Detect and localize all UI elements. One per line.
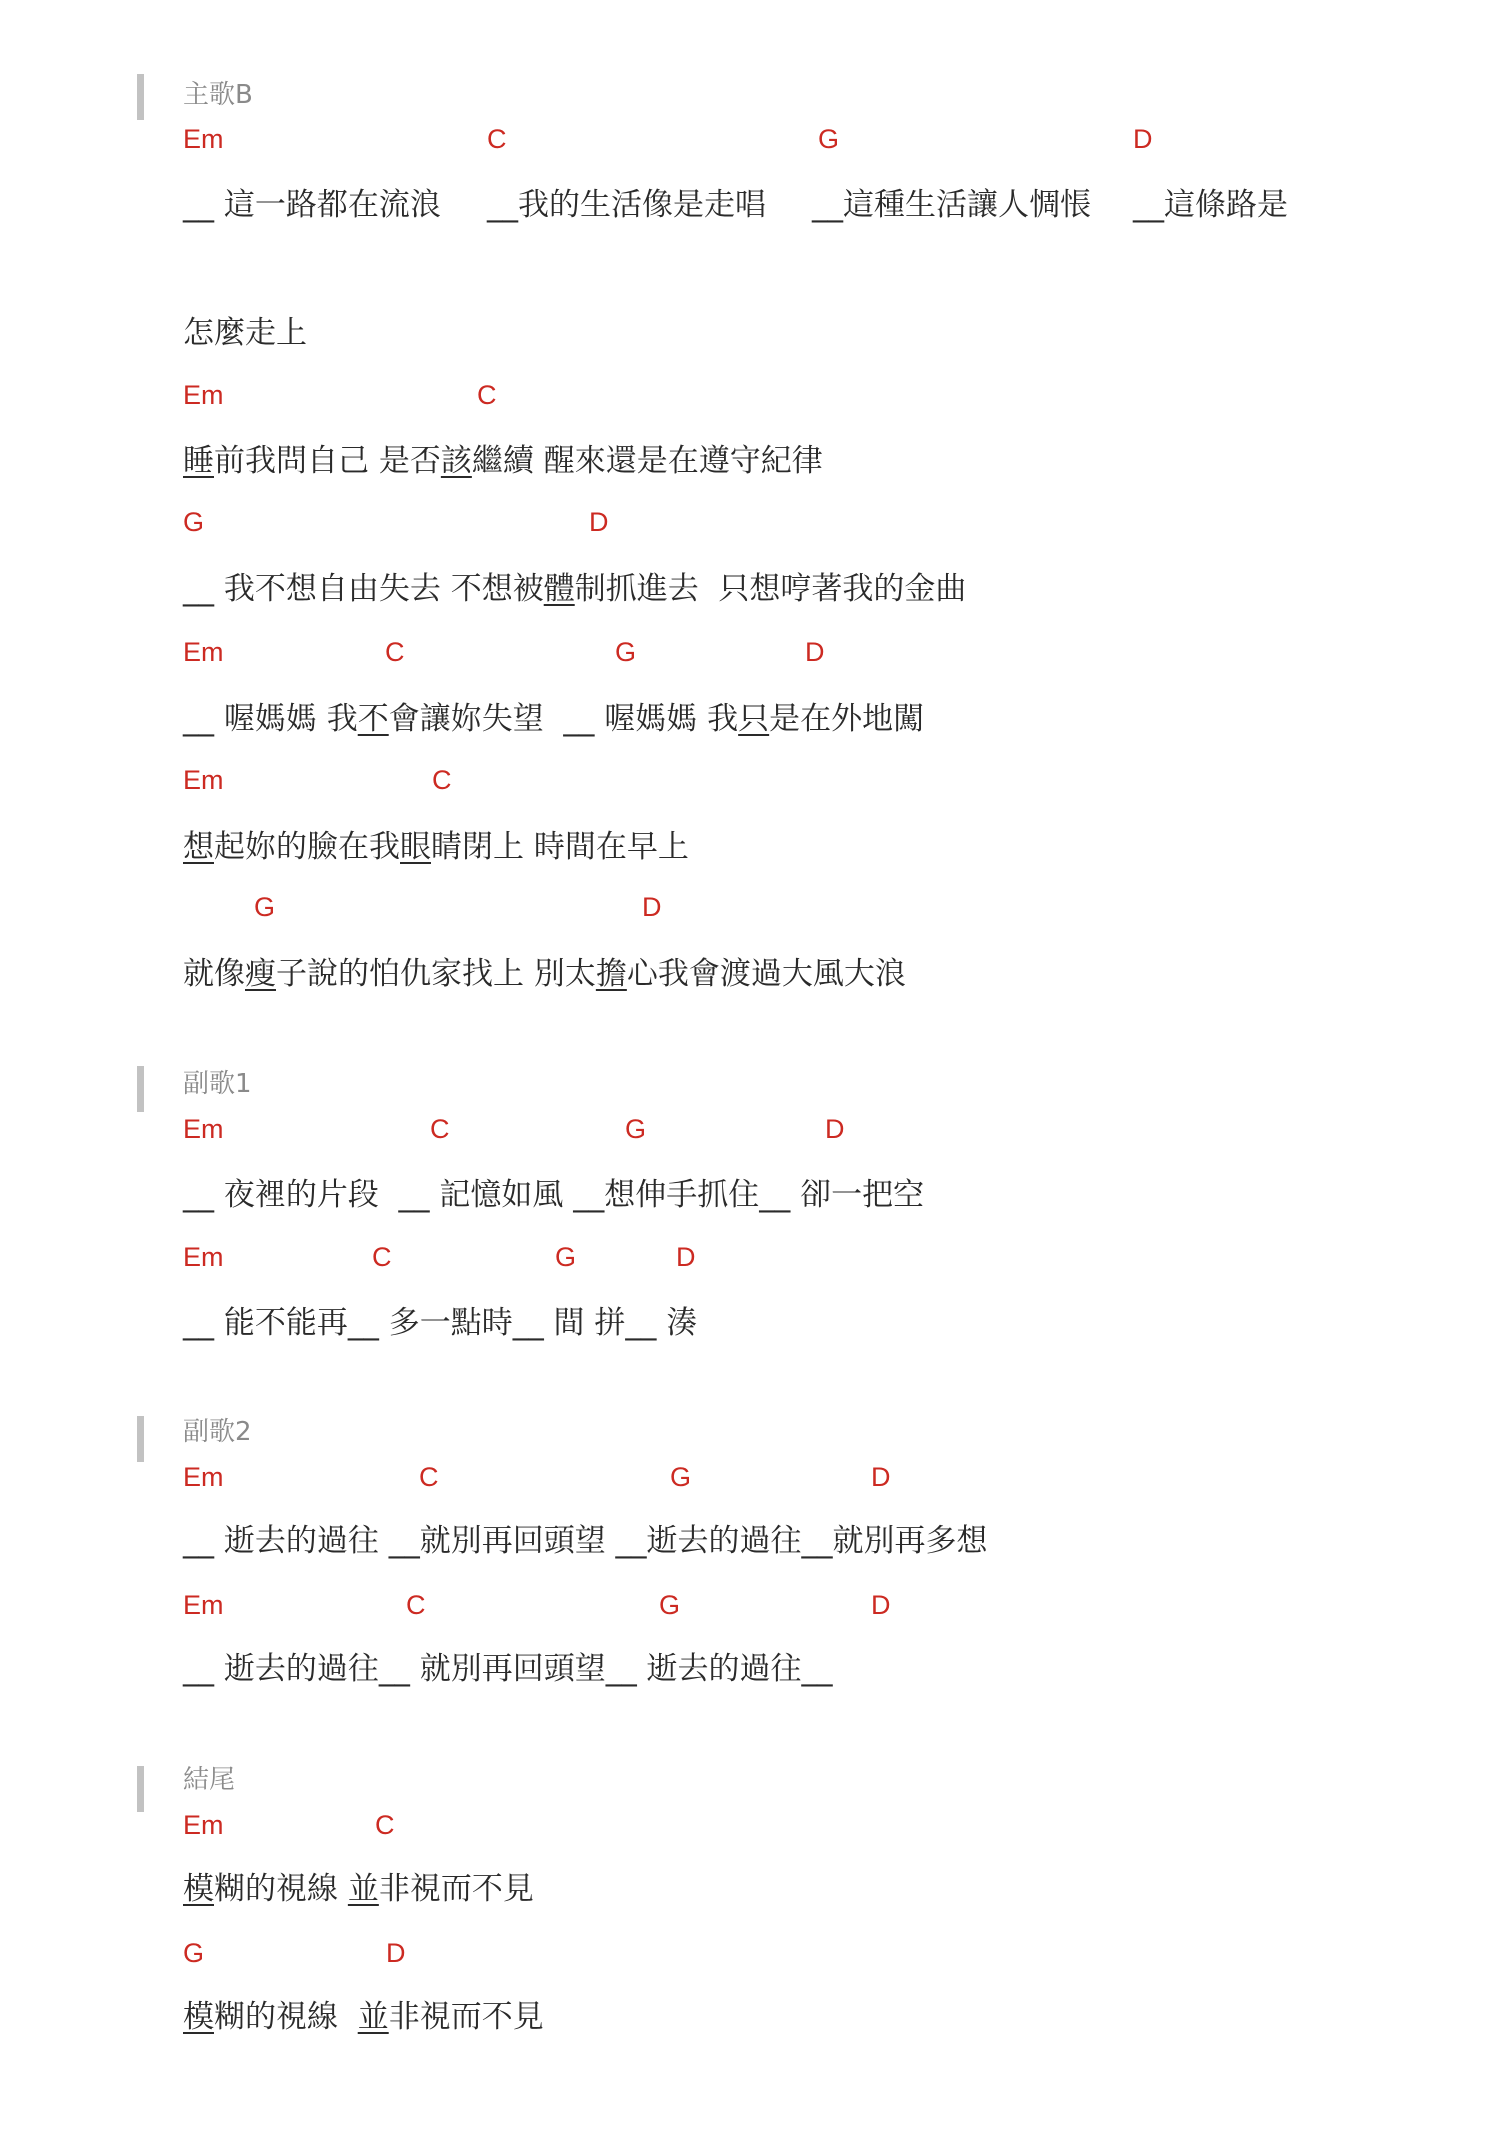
chord: Em [183, 1114, 224, 1144]
lyric-text: 繼續 醒來還是在遵守紀律 [472, 443, 823, 479]
lyric-text: 前我問自己 是否 [214, 443, 441, 479]
chord: G [555, 1242, 576, 1272]
chord-marked-char: 並 [358, 1999, 389, 2035]
chord: Em [183, 765, 224, 795]
chord: G [625, 1114, 646, 1144]
chord: C [430, 1114, 450, 1144]
chord: D [805, 637, 825, 667]
section-bar [137, 1416, 144, 1462]
lyric-segment: __這條路是 [1133, 186, 1288, 224]
chord: Em [183, 1462, 224, 1492]
chord: D [825, 1114, 845, 1144]
lyric-text: 會讓妳失望 __ 喔媽媽 我 [389, 701, 738, 737]
chord-marked-char: 想 [183, 829, 214, 865]
lyric-text: 起妳的臉在我 [214, 829, 400, 865]
lyric-line: 就像瘦子說的怕仇家找上 別太擔心我會渡過大風大浪 [183, 955, 906, 993]
section-bar [137, 1066, 144, 1112]
lyric-text: 糊的視線 [214, 1999, 358, 2035]
lyric-line: 模糊的視線 並非視而不見 [183, 1870, 534, 1908]
chord-marked-char: 擔 [596, 956, 627, 992]
chord-marked-char: 不 [358, 701, 389, 737]
lyric-text: 心我會渡過大風大浪 [627, 956, 906, 992]
chord: C [419, 1462, 439, 1492]
chord: C [385, 637, 405, 667]
lyric-text: 子說的怕仇家找上 別太 [276, 956, 596, 992]
chord: G [818, 124, 839, 154]
chord: C [406, 1590, 426, 1620]
lyric-text: 是在外地闖 [769, 701, 924, 737]
chord: D [386, 1938, 406, 1968]
chord: D [676, 1242, 696, 1272]
lyric-line: __ 我不想自由失去 不想被體制抓進去 只想哼著我的金曲 [183, 570, 966, 608]
lyric-text: 睛閉上 時間在早上 [431, 829, 689, 865]
lyric-segment: __這種生活讓人惆悵 [812, 186, 1091, 224]
section-label-chorus-2: 副歌2 [183, 1417, 252, 1447]
chord: G [254, 892, 275, 922]
chord: D [1133, 124, 1153, 154]
chord: Em [183, 637, 224, 667]
chord-marked-char: 眼 [400, 829, 431, 865]
lyric-line: 想起妳的臉在我眼睛閉上 時間在早上 [183, 828, 689, 866]
chord-marked-char: 睡 [183, 443, 214, 479]
section-bar [137, 74, 144, 120]
chord: D [871, 1462, 891, 1492]
chord: D [589, 507, 609, 537]
chord: C [432, 765, 452, 795]
chord: Em [183, 1242, 224, 1272]
section-bar [137, 1766, 144, 1812]
chord-marked-char: 模 [183, 1871, 214, 1907]
section-label-outro: 結尾 [183, 1765, 235, 1795]
lyric-segment: __我的生活像是走唱 [487, 186, 766, 224]
chord: Em [183, 124, 224, 154]
section-label-chorus-1: 副歌1 [183, 1069, 252, 1099]
chord: Em [183, 1590, 224, 1620]
chord: G [615, 637, 636, 667]
chord: C [375, 1810, 395, 1840]
chord-marked-char: 只 [738, 701, 769, 737]
chord: Em [183, 1810, 224, 1840]
lyric-line: __ 能不能再__ 多一點時__ 間 拼__ 湊 [183, 1304, 697, 1342]
lyric-segment: __ 這一路都在流浪 [183, 186, 441, 224]
lyric-line: __ 喔媽媽 我不會讓妳失望 __ 喔媽媽 我只是在外地闖 [183, 700, 924, 738]
lyric-line: 睡前我問自己 是否該繼續 醒來還是在遵守紀律 [183, 442, 823, 480]
lyric-line: 怎麼走上 [183, 314, 307, 352]
lyric-text: __ 喔媽媽 我 [183, 701, 358, 737]
chord-marked-char: 模 [183, 1999, 214, 2035]
lyric-line: __ 夜裡的片段 __ 記憶如風 __想伸手抓住__ 卻一把空 [183, 1176, 924, 1214]
lyric-text: 制抓進去 只想哼著我的金曲 [575, 571, 967, 607]
section-label-verse-b: 主歌B [183, 80, 253, 110]
chord-marked-char: 瘦 [245, 956, 276, 992]
chord-marked-char: 該 [441, 443, 472, 479]
chord: G [183, 507, 204, 537]
chord: C [477, 380, 497, 410]
chord: G [659, 1590, 680, 1620]
chord: C [372, 1242, 392, 1272]
chord: D [871, 1590, 891, 1620]
lyric-text: 非視而不見 [379, 1871, 534, 1907]
chord: G [183, 1938, 204, 1968]
chord: G [670, 1462, 691, 1492]
chord-marked-char: 並 [348, 1871, 379, 1907]
chord: D [642, 892, 662, 922]
lyric-text: 就像 [183, 956, 245, 992]
lyric-line: 模糊的視線 並非視而不見 [183, 1998, 544, 2036]
lyric-text: 非視而不見 [389, 1999, 544, 2035]
chord: C [487, 124, 507, 154]
chord-marked-char: 體 [544, 571, 575, 607]
lyric-text: __ 我不想自由失去 不想被 [183, 571, 544, 607]
chord: Em [183, 380, 224, 410]
lyric-text: 糊的視線 [214, 1871, 348, 1907]
lyric-line: __ 逝去的過往__ 就別再回頭望__ 逝去的過往__ [183, 1650, 833, 1688]
lyric-line: __ 逝去的過往 __就別再回頭望 __逝去的過往__就別再多想 [183, 1522, 988, 1560]
